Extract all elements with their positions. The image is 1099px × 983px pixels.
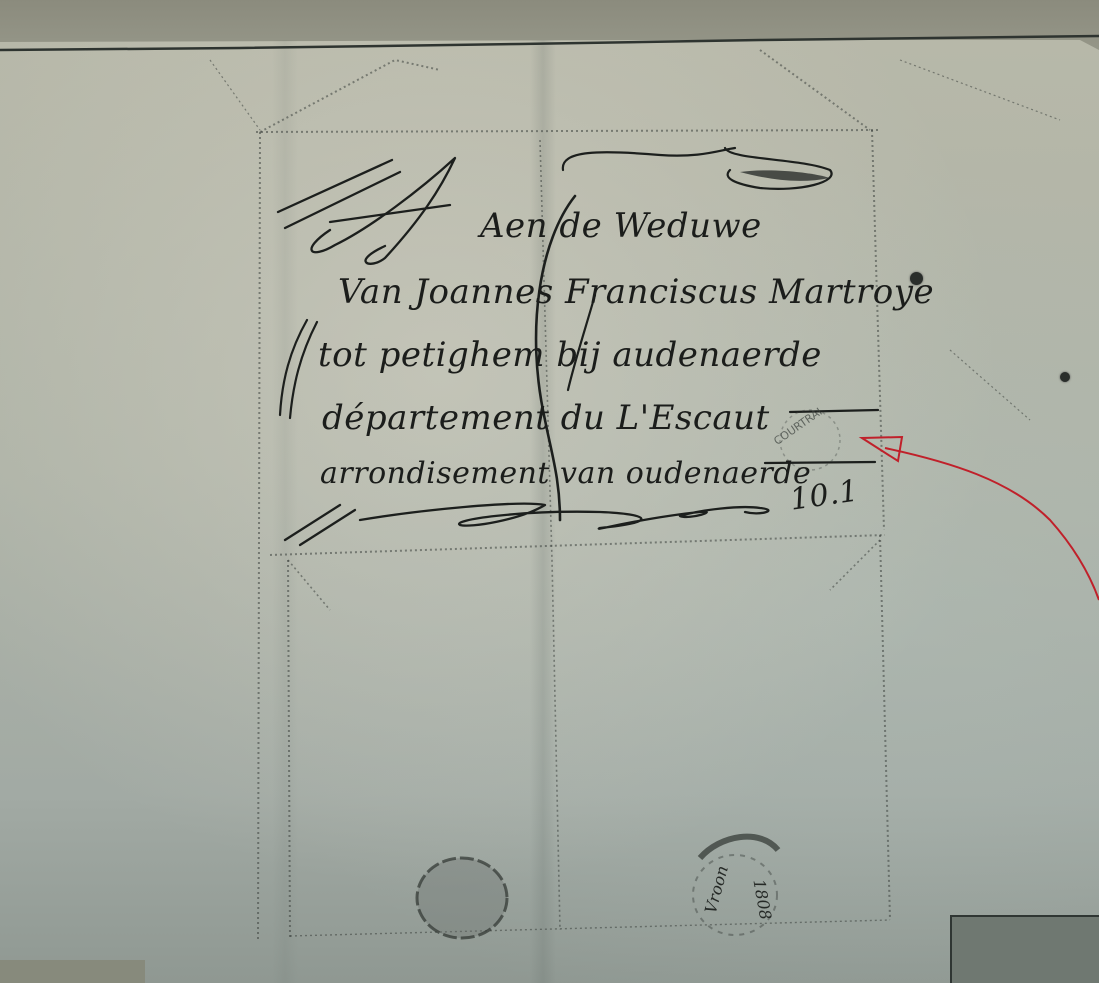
address-department: département du L'Escaut (322, 398, 770, 438)
address-name: Van Joannes Franciscus Martroye (338, 272, 934, 312)
address-arrondissement: arrondisement van oudenaerde (320, 456, 811, 491)
address-place: tot petighem bij audenaerde (318, 335, 822, 375)
paper-hole (1060, 372, 1070, 382)
address-salutation: Aen de Weduwe (480, 206, 762, 246)
fold-lines-and-flourishes (0, 0, 1099, 983)
paper-hole (910, 272, 923, 285)
